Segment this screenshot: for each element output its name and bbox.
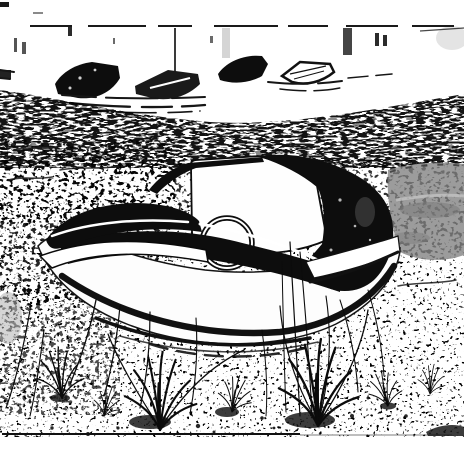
artwork: Abandoned bumper car [0,0,464,464]
bottom-margin [0,434,464,464]
corner-tick [0,2,9,7]
bumper-car-sketch-image: Abandoned bumper car [0,0,464,464]
